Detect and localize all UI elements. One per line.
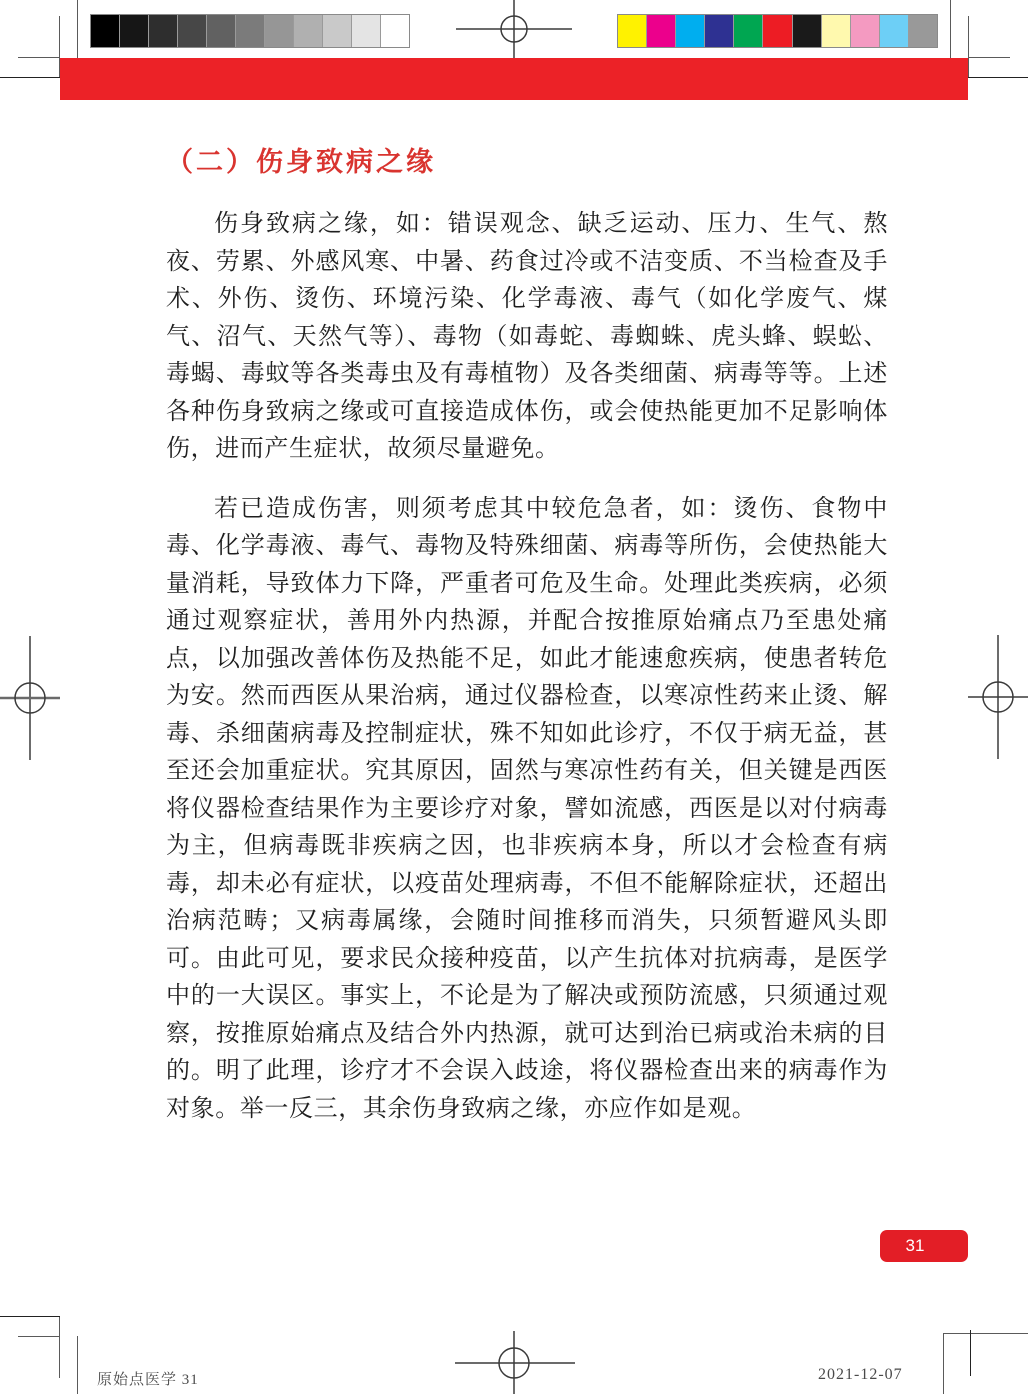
color-swatch — [763, 15, 792, 47]
registration-mark-mid-left — [0, 636, 64, 760]
page-content: （二）伤身致病之缘 伤身致病之缘，如：错误观念、缺乏运动、压力、生气、熬夜、劳累… — [166, 140, 888, 1127]
color-swatch — [822, 15, 851, 47]
color-swatch — [618, 15, 647, 47]
footer-book-title: 原始点医学 31 — [97, 1368, 199, 1389]
color-swatch — [909, 15, 937, 47]
grayscale-swatch — [91, 15, 120, 47]
grayscale-swatch — [352, 15, 381, 47]
footer-date: 2021-12-07 — [818, 1366, 903, 1384]
color-swatch — [851, 15, 880, 47]
grayscale-swatch — [236, 15, 265, 47]
grayscale-swatch — [120, 15, 149, 47]
registration-mark-mid-right — [964, 635, 1028, 759]
color-swatch — [705, 15, 734, 47]
page-number-badge: 31 — [880, 1230, 968, 1262]
grayscale-swatch — [294, 15, 323, 47]
registration-mark-top-center — [450, 0, 578, 62]
grayscale-calibration-strip — [90, 14, 410, 48]
color-swatch — [647, 15, 676, 47]
registration-mark-bottom-center — [448, 1331, 580, 1394]
color-swatch — [676, 15, 705, 47]
paragraph-causes-of-injury: 伤身致病之缘，如：错误观念、缺乏运动、压力、生气、熬夜、劳累、外感风寒、中暑、药… — [166, 205, 888, 468]
grayscale-swatch — [323, 15, 352, 47]
color-swatch — [880, 15, 909, 47]
grayscale-swatch — [381, 15, 409, 47]
scanned-book-page: { "content": { "heading": "（二）伤身致病之缘", "… — [0, 0, 1028, 1394]
color-swatch — [793, 15, 822, 47]
grayscale-swatch — [149, 15, 178, 47]
section-heading: （二）伤身致病之缘 — [166, 140, 888, 179]
paragraph-treatment-discussion: 若已造成伤害，则须考虑其中较危急者，如：烫伤、食物中毒、化学毒液、毒气、毒物及特… — [166, 490, 888, 1128]
grayscale-swatch — [207, 15, 236, 47]
header-red-band — [60, 58, 968, 100]
color-calibration-strip — [617, 14, 938, 48]
grayscale-swatch — [178, 15, 207, 47]
grayscale-swatch — [265, 15, 294, 47]
color-swatch — [734, 15, 763, 47]
